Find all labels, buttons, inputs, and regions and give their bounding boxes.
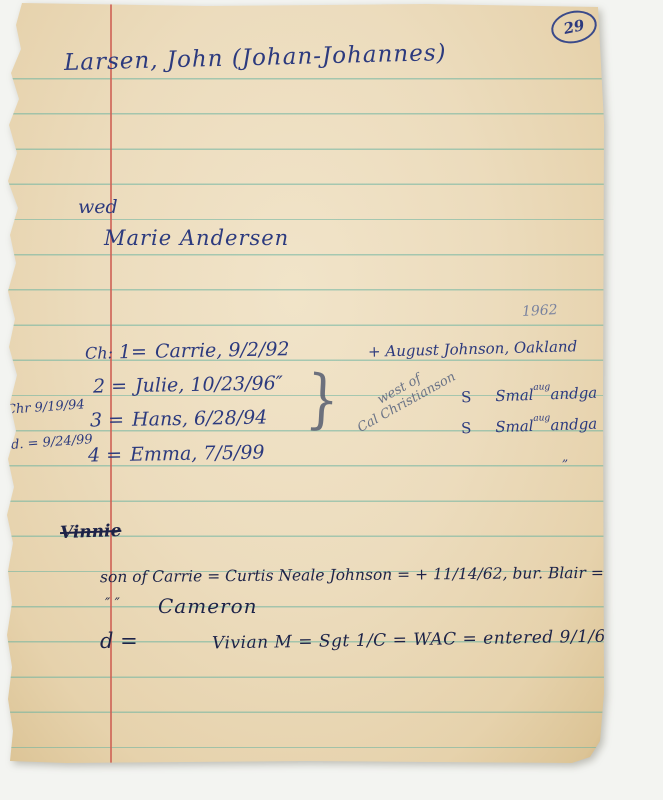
struck-note: Vinnie	[60, 521, 122, 543]
origin-1-inserted: aug	[533, 382, 550, 393]
children-list-label: Ch:	[85, 343, 113, 362]
wed-label: wed	[78, 196, 118, 218]
origin-2-prefix: S	[461, 419, 472, 437]
child-2-label: 2 =	[93, 375, 127, 398]
child-3-label: 3 =	[90, 409, 124, 432]
page-number-circle: 29	[548, 7, 600, 48]
descendant-ditto-marks: ″ ″	[105, 596, 120, 612]
child-row-1: Ch:1=Carrie, 9/2/92	[85, 338, 290, 364]
child-4-label: 4 =	[88, 444, 122, 467]
page-number: 29	[562, 16, 586, 38]
child-4-name-date: Emma, 7/5/99	[130, 441, 265, 465]
child-row-4: 4 =Emma, 7/5/99	[88, 441, 265, 466]
child-row-2: 2 =Julie, 10/23/96″	[93, 372, 283, 397]
child-1-name-date: Carrie, 9/2/92	[155, 338, 290, 362]
origin-1-word-end: andga	[550, 384, 597, 404]
child-3-name-date: Hans, 6/28/94	[132, 406, 268, 430]
child-row-3: 3 =Hans, 6/28/94	[90, 406, 268, 431]
child-2-name-date: Julie, 10/23/96″	[135, 372, 283, 397]
origin-2-inserted: aug	[533, 413, 550, 424]
origin-1-prefix: S	[461, 388, 472, 406]
descendant-name-cameron: Cameron	[158, 594, 258, 618]
spouse-name: Marie Andersen	[104, 226, 289, 250]
page-title: Larsen, John (Johan-Johannes)	[64, 40, 447, 76]
paper-shadow-wrapper: 29 Larsen, John (Johan-Johannes) wed Mar…	[0, 0, 663, 800]
origin-2-word-end: andga	[550, 415, 597, 435]
child-1-label: 1=	[119, 341, 147, 363]
origin-1-word-start: Smal	[495, 386, 534, 405]
year-note: 1962	[522, 302, 558, 320]
scanned-ledger-page: 29 Larsen, John (Johan-Johannes) wed Mar…	[0, 0, 663, 800]
notebook-paper: 29 Larsen, John (Johan-Johannes) wed Mar…	[6, 3, 604, 763]
descendant-line-3-prefix: d =	[100, 629, 138, 653]
origin-2-word-start: Smal	[495, 417, 534, 436]
origin-ditto-mark: „	[562, 450, 568, 464]
